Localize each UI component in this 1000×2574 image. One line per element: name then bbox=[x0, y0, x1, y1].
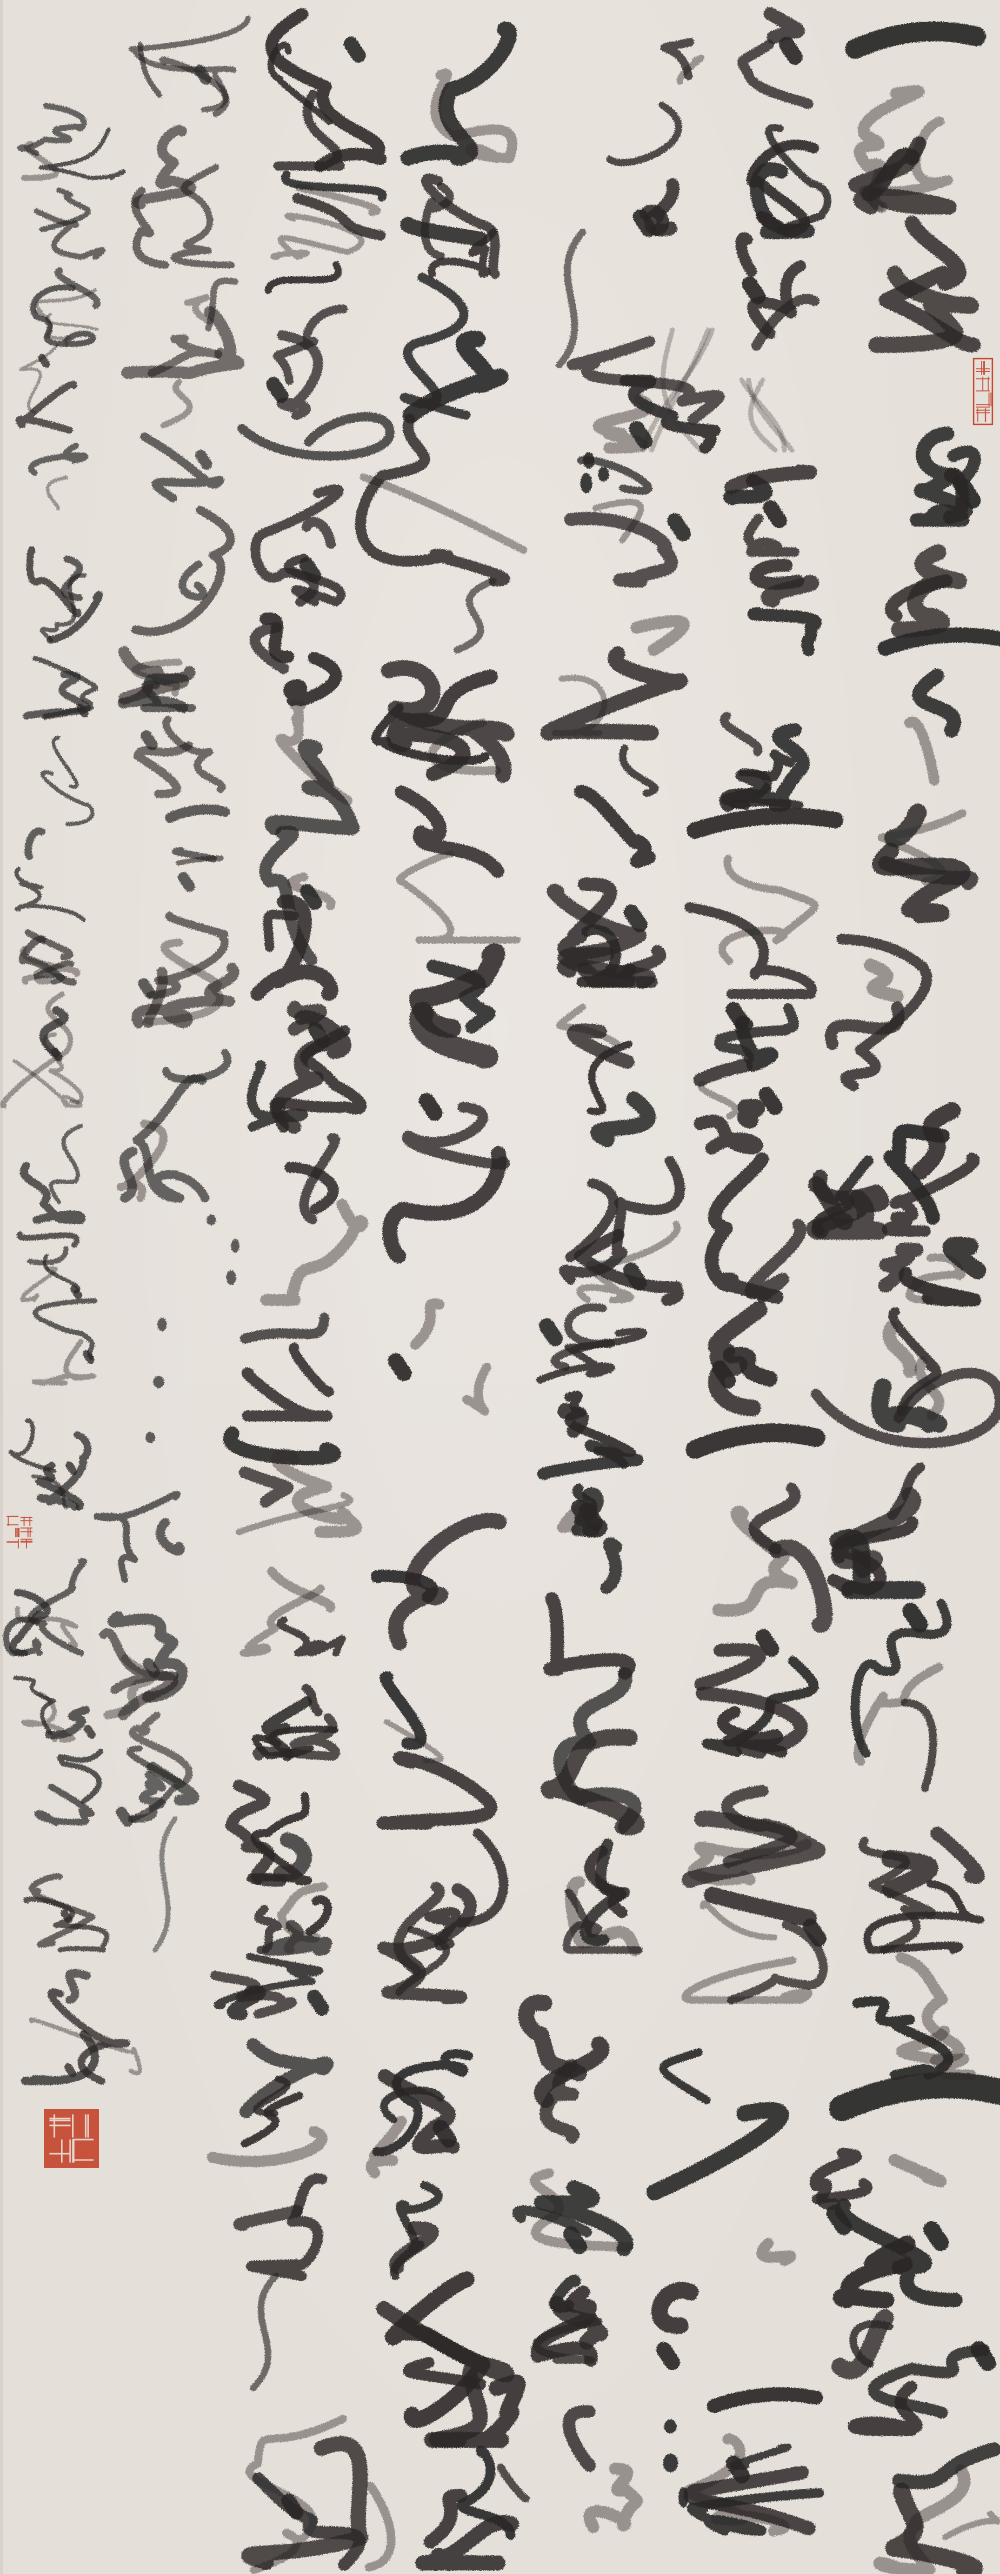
calligraphy-glyph bbox=[104, 1617, 183, 1715]
calligraphy-glyph bbox=[3, 994, 82, 1106]
calligraphy-glyph bbox=[517, 2173, 628, 2249]
calligraphy-glyph bbox=[550, 1543, 629, 1673]
calligraphy-glyph bbox=[272, 705, 353, 828]
calligraphy-glyph bbox=[42, 738, 92, 824]
calligraphy-glyph bbox=[567, 1844, 639, 1950]
calligraphy-glyph bbox=[863, 1833, 981, 1950]
calligraphy-glyph bbox=[856, 91, 950, 207]
calligraphy-glyph bbox=[724, 716, 803, 805]
calligraphy-glyph bbox=[695, 816, 835, 831]
calligraphy-glyph bbox=[255, 619, 336, 700]
calligraphy-glyph bbox=[816, 1373, 1000, 1443]
calligraphy-glyph bbox=[526, 2003, 601, 2137]
calligraphy-glyph bbox=[252, 1007, 362, 1127]
calligraphy-glyph bbox=[26, 658, 95, 716]
calligraphy-scroll bbox=[0, 0, 1000, 2574]
calligraphy-glyph bbox=[394, 2185, 438, 2276]
calligraphy-glyph bbox=[855, 31, 976, 49]
calligraphy-glyph bbox=[663, 2419, 688, 2507]
calligraphy-glyph bbox=[540, 1307, 644, 1380]
calligraphy-artwork bbox=[0, 0, 1000, 2574]
calligraphy-glyph bbox=[230, 1434, 356, 1533]
calligraphy-glyph bbox=[742, 14, 808, 104]
calligraphy-glyph bbox=[891, 552, 959, 629]
calligraphy-glyph bbox=[909, 676, 954, 781]
seal-opening-stamp bbox=[974, 359, 993, 425]
calligraphy-glyph bbox=[714, 2394, 816, 2406]
calligraphy-glyph bbox=[17, 831, 84, 920]
calligraphy-glyph bbox=[833, 1467, 920, 1590]
calligraphy-glyph bbox=[730, 472, 810, 552]
calligraphy-glyph bbox=[548, 621, 684, 733]
calligraphy-glyph bbox=[880, 813, 971, 915]
text-column-1 bbox=[815, 31, 1000, 2570]
calligraphy-glyph bbox=[376, 668, 507, 775]
calligraphy-glyph bbox=[255, 1688, 336, 1756]
calligraphy-glyph bbox=[689, 2439, 819, 2531]
calligraphy-glyph bbox=[399, 792, 517, 940]
calligraphy-glyph bbox=[405, 277, 501, 415]
calligraphy-glyph bbox=[716, 1310, 769, 1408]
calligraphy-glyph bbox=[841, 2160, 955, 2300]
text-column-5 bbox=[213, 14, 392, 2570]
calligraphy-glyph bbox=[840, 2318, 988, 2430]
calligraphy-glyph bbox=[377, 1520, 499, 1642]
calligraphy-glyph bbox=[641, 185, 674, 231]
calligraphy-glyph bbox=[15, 1678, 91, 1740]
calligraphy-glyph bbox=[815, 1161, 882, 1231]
calligraphy-glyph bbox=[564, 1161, 680, 1300]
calligraphy-glyph bbox=[885, 635, 1000, 648]
calligraphy-glyph bbox=[857, 1958, 971, 2075]
calligraphy-glyph bbox=[253, 2276, 276, 2388]
calligraphy-glyph bbox=[240, 2178, 323, 2276]
calligraphy-glyph bbox=[258, 1887, 327, 1951]
calligraphy-glyph bbox=[145, 1318, 166, 1443]
calligraphy-glyph bbox=[719, 1488, 825, 1625]
calligraphy-glyph bbox=[581, 748, 655, 861]
calligraphy-glyph bbox=[244, 1571, 343, 1653]
calligraphy-glyph bbox=[121, 1715, 193, 1821]
calligraphy-glyph bbox=[690, 1791, 818, 1880]
calligraphy-glyph bbox=[176, 850, 222, 886]
calligraphy-glyph bbox=[257, 832, 331, 994]
calligraphy-glyph bbox=[6, 1561, 84, 1653]
calligraphy-glyph bbox=[753, 565, 815, 650]
calligraphy-glyph bbox=[383, 1833, 503, 1998]
calligraphy-glyph bbox=[917, 434, 975, 520]
calligraphy-glyph bbox=[30, 550, 100, 640]
calligraphy-glyph bbox=[271, 14, 381, 166]
calligraphy-glyph bbox=[273, 175, 383, 257]
calligraphy-glyph bbox=[562, 1488, 600, 1530]
calligraphy-glyph bbox=[885, 1245, 977, 1300]
calligraphy-glyph bbox=[231, 1785, 308, 1881]
calligraphy-glyph bbox=[842, 2085, 1000, 2108]
calligraphy-glyph bbox=[207, 1215, 240, 1285]
calligraphy-glyph bbox=[19, 345, 74, 430]
calligraphy-glyph bbox=[719, 1008, 793, 1065]
calligraphy-glyph bbox=[37, 190, 103, 257]
calligraphy-glyph bbox=[170, 809, 225, 817]
calligraphy-glyph bbox=[554, 884, 661, 982]
calligraphy-glyph bbox=[123, 652, 192, 708]
calligraphy-glyph bbox=[245, 1318, 329, 1416]
calligraphy-glyph bbox=[569, 2411, 637, 2527]
seal-name-stamp bbox=[44, 2109, 99, 2168]
calligraphy-glyph bbox=[457, 581, 493, 650]
calligraphy-glyph bbox=[145, 382, 221, 498]
calligraphy-glyph bbox=[752, 128, 828, 232]
calligraphy-glyph bbox=[35, 1301, 95, 1383]
calligraphy-glyph bbox=[38, 1752, 101, 1823]
calligraphy-glyph bbox=[712, 1159, 801, 1297]
text-columns bbox=[3, 14, 1000, 2570]
calligraphy-glyph bbox=[695, 1433, 816, 1450]
calligraphy-glyph bbox=[536, 2280, 600, 2360]
text-column-6 bbox=[97, 18, 248, 1950]
calligraphy-glyph bbox=[11, 1421, 88, 1507]
calligraphy-glyph bbox=[690, 859, 815, 994]
calligraphy-glyph bbox=[26, 1876, 107, 1950]
calligraphy-glyph bbox=[559, 232, 582, 365]
calligraphy-glyph bbox=[213, 2045, 327, 2162]
calligraphy-glyph bbox=[121, 1053, 228, 1198]
calligraphy-glyph bbox=[741, 238, 815, 346]
calligraphy-glyph bbox=[132, 18, 248, 114]
calligraphy-glyph bbox=[549, 1674, 637, 1827]
calligraphy-glyph bbox=[543, 1395, 637, 1474]
calligraphy-glyph bbox=[20, 106, 124, 178]
calligraphy-glyph bbox=[560, 1007, 649, 1139]
calligraphy-glyph bbox=[876, 223, 973, 345]
calligraphy-glyph bbox=[135, 130, 232, 265]
calligraphy-glyph bbox=[396, 1304, 487, 1411]
calligraphy-glyph bbox=[423, 2450, 526, 2563]
calligraphy-glyph bbox=[831, 939, 927, 1086]
calligraphy-glyph bbox=[660, 2244, 791, 2363]
calligraphy-glyph bbox=[20, 1234, 79, 1300]
calligraphy-glyph bbox=[137, 916, 234, 1023]
calligraphy-glyph bbox=[97, 1494, 180, 1580]
calligraphy-glyph bbox=[408, 178, 495, 274]
seal-inscription-stamp bbox=[7, 1516, 33, 1548]
calligraphy-glyph bbox=[701, 1637, 814, 1752]
calligraphy-glyph bbox=[127, 281, 238, 373]
calligraphy-glyph bbox=[268, 265, 344, 416]
calligraphy-glyph bbox=[700, 1066, 775, 1148]
calligraphy-glyph bbox=[384, 2279, 518, 2440]
calligraphy-glyph bbox=[266, 1138, 362, 1300]
calligraphy-glyph bbox=[383, 1677, 491, 1823]
calligraphy-glyph bbox=[371, 2054, 468, 2173]
text-column-4 bbox=[361, 29, 526, 2563]
calligraphy-glyph bbox=[242, 417, 390, 456]
calligraphy-glyph bbox=[138, 719, 222, 794]
calligraphy-glyph bbox=[742, 380, 792, 450]
calligraphy-glyph bbox=[215, 1956, 322, 2014]
calligraphy-glyph bbox=[249, 2419, 391, 2570]
calligraphy-glyph bbox=[655, 2052, 781, 2192]
calligraphy-glyph bbox=[33, 271, 98, 345]
calligraphy-glyph bbox=[136, 510, 231, 631]
calligraphy-glyph bbox=[31, 446, 85, 509]
calligraphy-glyph bbox=[25, 1973, 140, 2081]
calligraphy-glyph bbox=[887, 1111, 974, 1232]
calligraphy-glyph bbox=[879, 2449, 997, 2570]
calligraphy-glyph bbox=[685, 1895, 823, 2000]
calligraphy-glyph bbox=[419, 953, 496, 1057]
calligraphy-glyph bbox=[255, 489, 341, 602]
calligraphy-glyph bbox=[855, 1603, 947, 1788]
calligraphy-glyph bbox=[610, 42, 702, 163]
calligraphy-glyph bbox=[22, 933, 77, 983]
calligraphy-glyph bbox=[408, 29, 512, 158]
calligraphy-glyph bbox=[24, 1126, 82, 1220]
calligraphy-glyph bbox=[390, 1101, 505, 1257]
calligraphy-glyph bbox=[155, 1819, 175, 1950]
text-column-3 bbox=[517, 42, 719, 2527]
text-column-7 bbox=[3, 106, 140, 2081]
